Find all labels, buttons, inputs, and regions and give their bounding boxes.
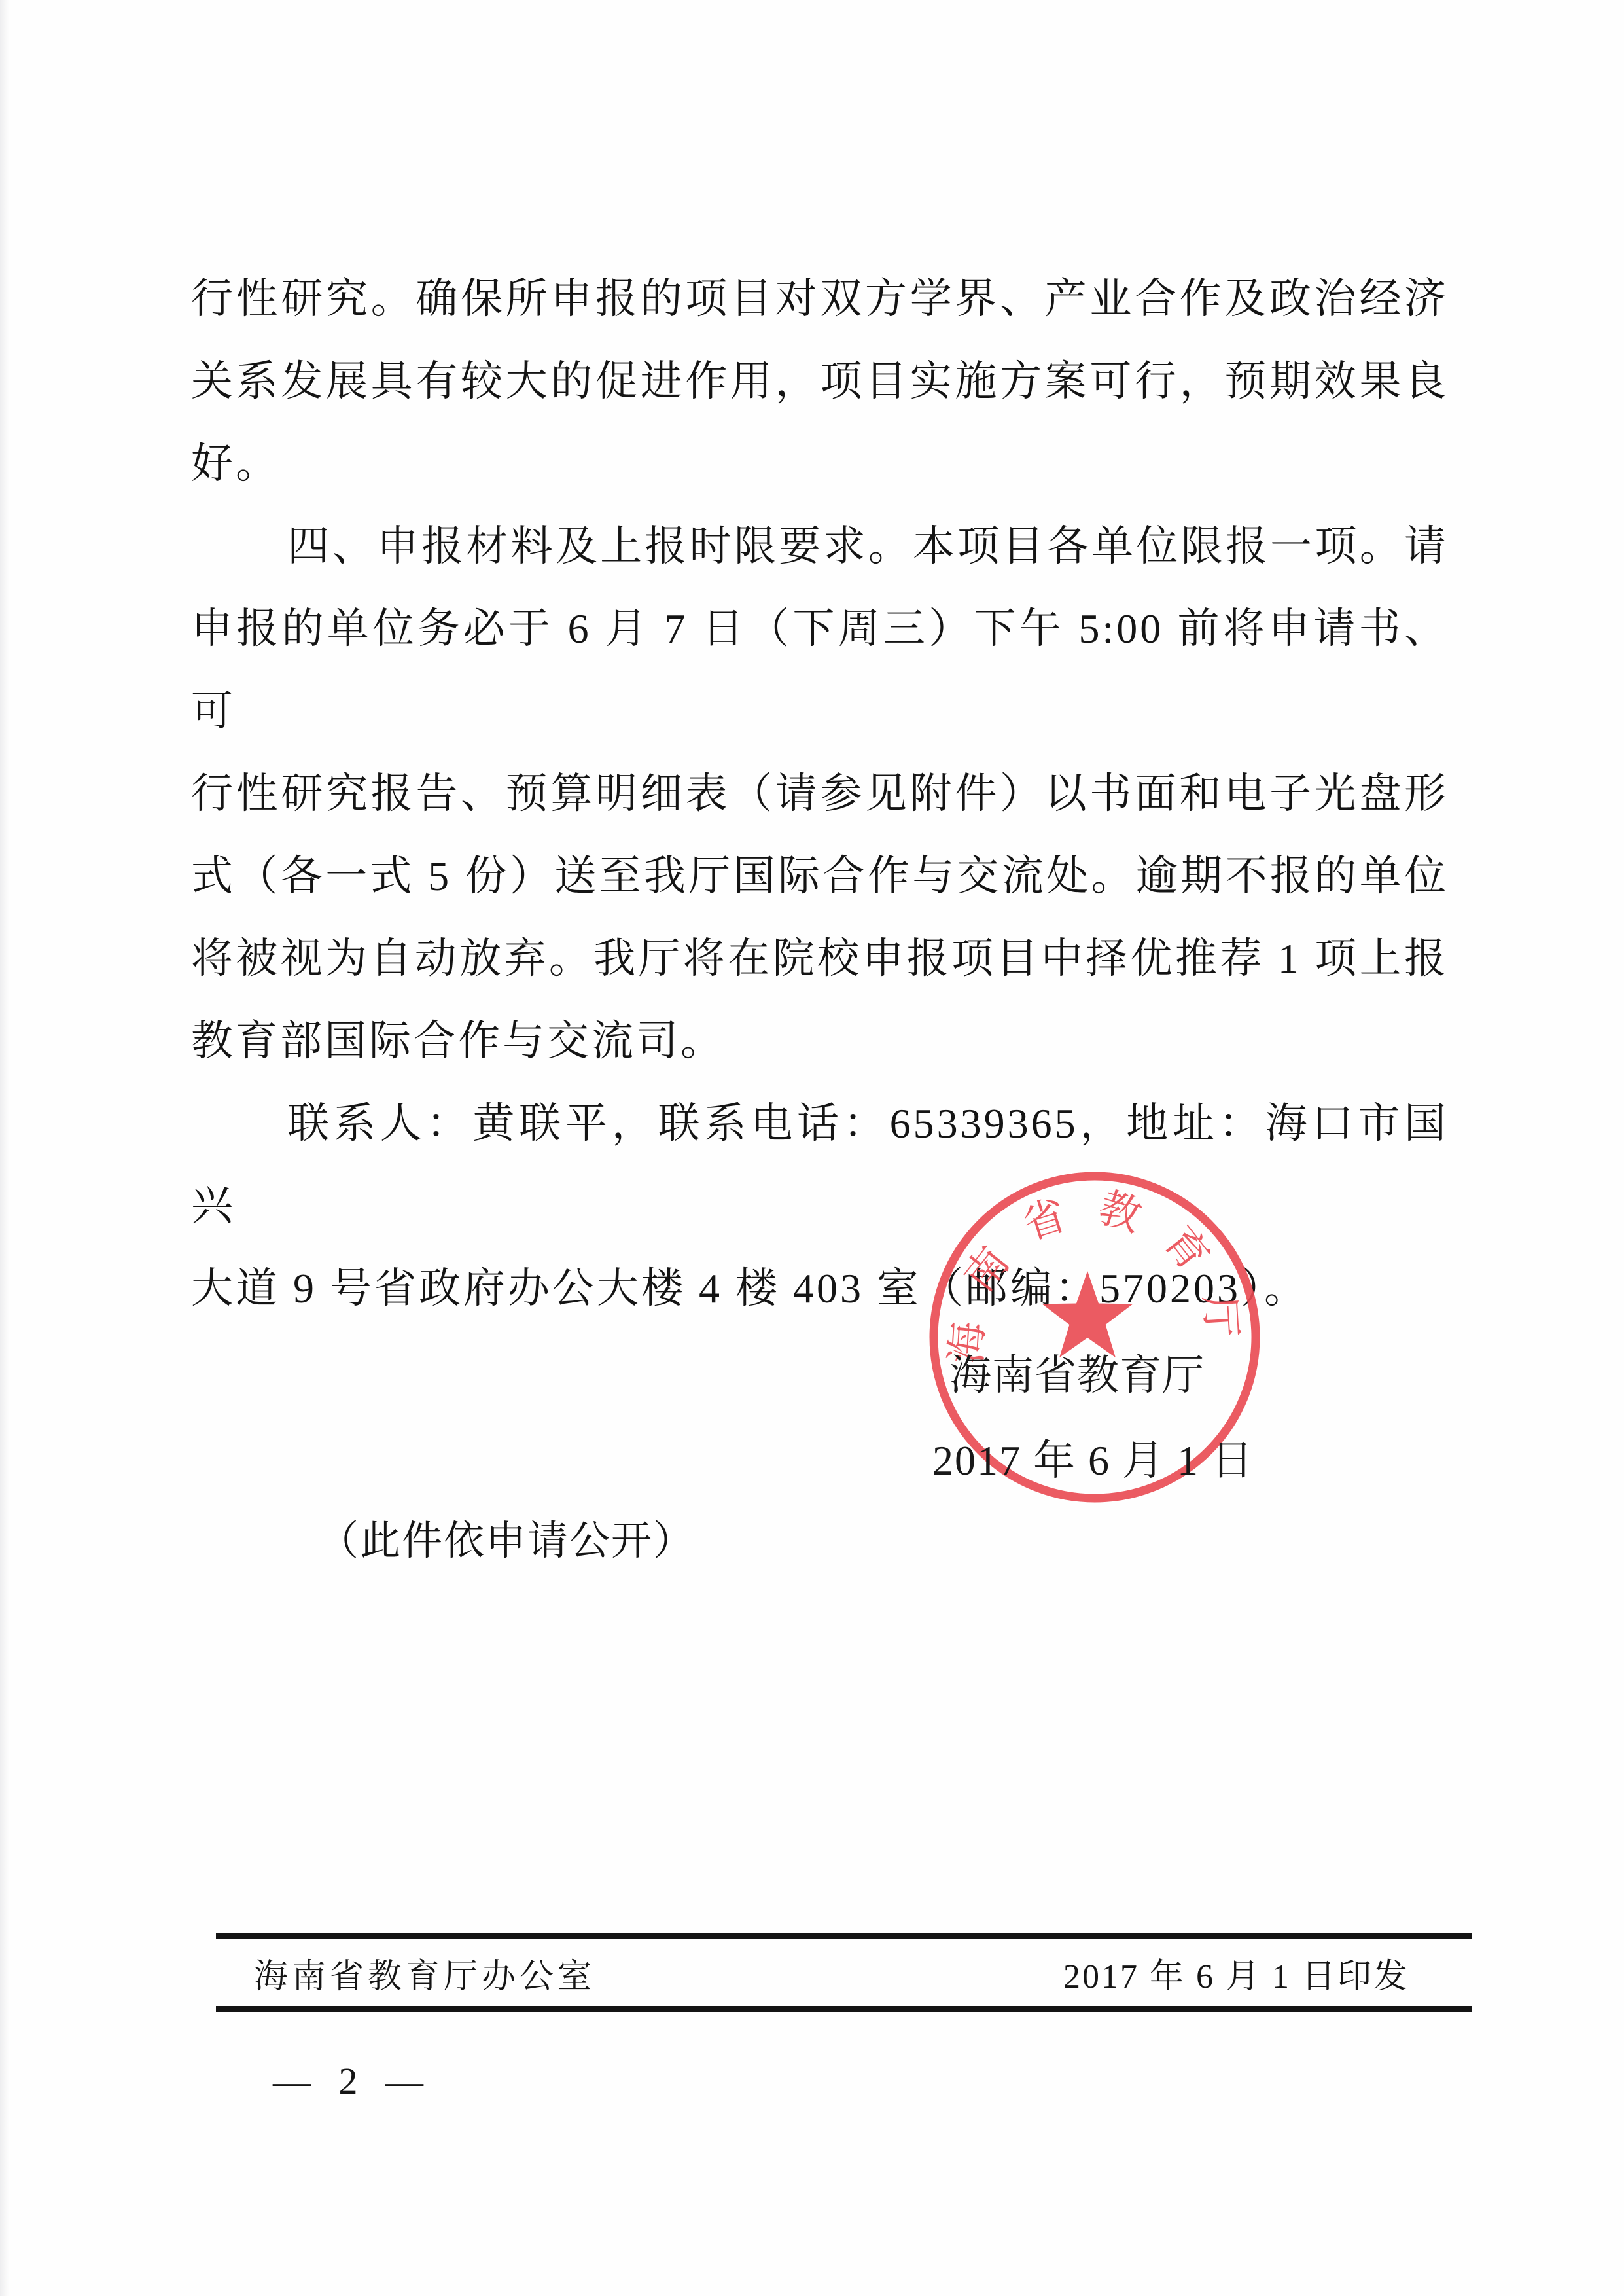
signature-organization: 海南省教育厅 [949, 1342, 1205, 1402]
body-line-7: 式（各一式 5 份）送至我厅国际合作与交流处。逾期不报的单位 [191, 835, 1449, 918]
disclosure-note: （此件依申请公开） [318, 1508, 695, 1566]
body-line-6: 行性研究报告、预算明细表（请参见附件）以书面和电子光盘形 [191, 753, 1449, 835]
scan-edge-artifact [0, 0, 9, 2296]
body-line-8: 将被视为自动放弃。我厅将在院校申报项目中择优推荐 1 项上报 [191, 918, 1449, 1000]
body-line-2: 关系发展具有较大的促进作用，项目实施方案可行，预期效果良 [191, 340, 1449, 423]
footer-colophon: 海南省教育厅办公室 2017 年 6 月 1 日印发 [216, 1933, 1472, 2012]
document-page: 行性研究。确保所申报的项目对双方学界、产业合作及政治经济 关系发展具有较大的促进… [0, 0, 1624, 2296]
body-line-9: 教育部国际合作与交流司。 [191, 1000, 1449, 1083]
page-number: — 2 — [273, 2059, 432, 2103]
body-line-3: 好。 [191, 423, 1449, 505]
footer-issuer: 海南省教育厅办公室 [254, 1948, 595, 1998]
body-line-4: 四、申报材料及上报时限要求。本项目各单位限报一项。请 [191, 505, 1449, 588]
signature-date: 2017 年 6 月 1 日 [932, 1427, 1254, 1487]
body-line-1: 行性研究。确保所申报的项目对双方学界、产业合作及政治经济 [191, 258, 1449, 340]
footer-print-date: 2017 年 6 月 1 日印发 [1063, 1948, 1409, 1998]
body-line-5: 申报的单位务必于 6 月 7 日（下周三）下午 5:00 前将申请书、可 [191, 588, 1449, 753]
